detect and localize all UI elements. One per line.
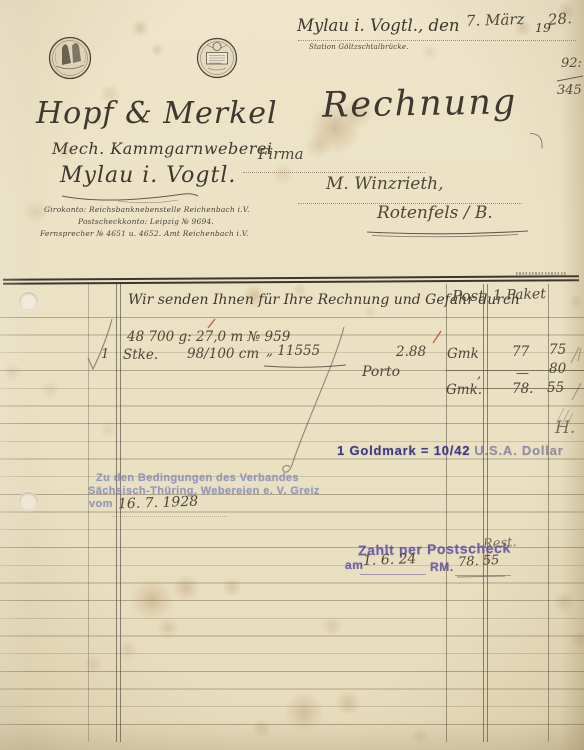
company-name: Hopf & Merkel	[36, 98, 278, 130]
amount-separator-2	[446, 388, 584, 389]
amount-underline-rm	[457, 576, 505, 577]
ref-fraction-divider	[557, 76, 583, 81]
punch-hole-bottom	[19, 492, 38, 511]
pencil-initial: H.	[555, 420, 575, 438]
recipient-label: Firma	[258, 147, 304, 163]
invoice-page: Hopf & Merkel Mech. Kammgarnweberei Myla…	[0, 0, 584, 750]
payment-pencil-note: Rest.	[483, 536, 517, 552]
table-top-rule	[3, 275, 579, 286]
row2-amount-pf: 75	[549, 343, 566, 357]
column-line-qty-a	[116, 284, 117, 742]
recipient-place: Rotenfels / B.	[377, 205, 493, 223]
station-note: Station Göltzschtalbrücke.	[309, 44, 409, 51]
column-line-left-margin	[88, 284, 89, 742]
row2-currency: Gmk	[447, 347, 479, 361]
table-header-via: Post	[452, 289, 484, 305]
medal-seal-icon	[50, 38, 91, 79]
table-header-parcel: 1 Paket	[493, 287, 546, 304]
row2-number: „ 11555	[266, 344, 320, 358]
column-line-qty-b	[120, 284, 121, 742]
row3-label: Porto	[362, 365, 400, 380]
dateline-day-handwritten: 7. März	[466, 12, 525, 30]
page-title: Rechnung	[322, 84, 518, 124]
conditions-stamp-line1: Zu den Bedingungen des Verbandes	[96, 473, 299, 485]
dateline-underline	[298, 40, 576, 41]
item-number-underline	[264, 365, 346, 367]
punch-hole-top	[19, 292, 38, 311]
award-seal-icon	[198, 39, 237, 78]
dateline-year-handwritten: 28.	[547, 11, 572, 29]
company-city: Mylau i. Vogtl.	[60, 164, 236, 187]
ref-number-top: 92:	[561, 57, 582, 71]
detail-phone: Fernsprecher № 4651 u. 4652. Amt Reichen…	[40, 230, 249, 238]
row2-size: 98/100 cm	[187, 347, 259, 361]
row2-price: 2.88	[396, 345, 426, 359]
row2-qty: 1	[101, 348, 109, 362]
ref-number-bottom: 345	[557, 84, 582, 98]
recipient-name: M. Winzrieth,	[326, 176, 444, 194]
row4-currency: Gmk.	[446, 383, 482, 397]
payment-rm-line	[455, 575, 511, 576]
conditions-stamp-vom: vom	[89, 499, 113, 511]
dateline-printed: Mylau i. Vogtl., den	[297, 17, 459, 34]
printer-imprint	[516, 272, 566, 275]
detail-postscheck: Postscheckkonto: Leipzig № 9694.	[78, 218, 214, 226]
detail-giro: Girokonto: Reichsbanknebenstelle Reichen…	[44, 206, 250, 214]
goldmark-stamp-rate: 1 Goldmark = 10/42	[337, 443, 470, 458]
recipient-label-line	[243, 172, 425, 173]
conditions-date-line	[112, 516, 227, 517]
payment-rm-label: RM.	[430, 561, 454, 574]
payment-date-handwritten: 1. 6. 24	[363, 552, 417, 569]
goldmark-stamp: 1 Goldmark = 10/42 U.S.A. Dollar	[337, 444, 564, 459]
payment-am-line	[360, 574, 426, 575]
goldmark-stamp-currency: U.S.A. Dollar	[474, 443, 563, 458]
payment-am-label: am	[345, 559, 364, 572]
recipient-underlines	[367, 231, 528, 237]
letterhead-flourish	[62, 194, 198, 203]
column-line-amount-a	[483, 284, 484, 742]
payment-amount-handwritten: 78. 55	[458, 554, 500, 570]
address-corner-bracket	[530, 134, 542, 149]
column-line-amount-b	[487, 284, 488, 742]
amount-separator-1	[446, 370, 584, 371]
row2-amount-mark: 77	[512, 345, 529, 359]
row4-amount-mark: 78.	[512, 382, 533, 396]
conditions-date-handwritten: 16. 7. 1928	[118, 495, 199, 512]
company-trade: Mech. Kammgarnweberei	[52, 141, 272, 158]
row2-unit: Stke.	[123, 348, 158, 362]
